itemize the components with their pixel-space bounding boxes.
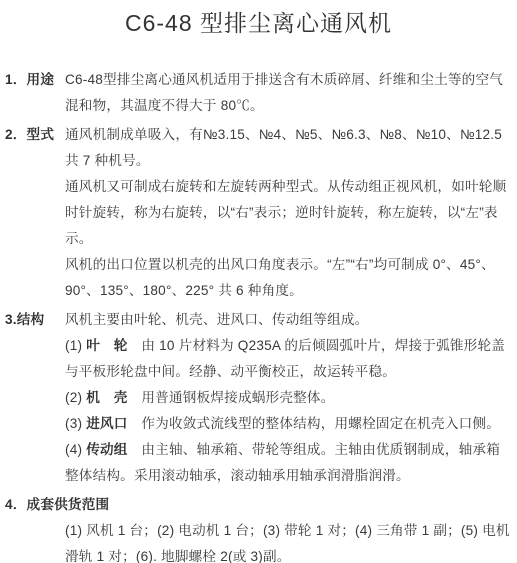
section-supply-heading: 4．成套供货范围 xyxy=(5,492,511,518)
item-prefix: (2) xyxy=(65,390,86,405)
structure-item-impeller: (1) 叶 轮 由 10 片材料为 Q235A 的后倾圆弧叶片，焊接于弧锥形轮盖… xyxy=(65,333,511,385)
structure-item-inlet: (3) 进风口 作为收敛式流线型的整体结构，用螺栓固定在机壳入口侧。 xyxy=(65,411,511,437)
section-usage-heading: 1．用途 xyxy=(5,67,65,93)
type-paragraph-rotation: 通风机又可制成右旋转和左旋转两种型式。从传动组正视风机，如叶轮顺时针旋转，称为右… xyxy=(65,174,511,252)
section-supply: 4．成套供货范围 (1) 风机 1 台；(2) 电动机 1 台；(3) 带轮 1… xyxy=(5,492,511,563)
section-usage: 1．用途 C6-48型排尘离心通风机适用于排送含有木质碎屑、纤维和尘土等的空气混… xyxy=(5,67,511,119)
item-prefix: (3) xyxy=(65,416,86,431)
item-text: 作为收敛式流线型的整体结构，用螺栓固定在机壳入口侧。 xyxy=(128,416,500,431)
section-supply-body: (1) 风机 1 台；(2) 电动机 1 台；(3) 带轮 1 对；(4) 三角… xyxy=(65,518,511,563)
item-name: 叶 轮 xyxy=(86,338,127,353)
item-text: 用普通钢板焊接成蜗形壳整体。 xyxy=(128,390,335,405)
structure-item-casing: (2) 机 壳 用普通钢板焊接成蜗形壳整体。 xyxy=(65,385,511,411)
item-prefix: (1) xyxy=(65,338,86,353)
section-structure-body: 风机主要由叶轮、机壳、进风口、传动组等组成。 (1) 叶 轮 由 10 片材料为… xyxy=(65,307,511,489)
item-text: 由主轴、轴承箱、带轮等组成。主轴由优质钢制成，轴承箱整体结构。采用滚动轴承，滚动… xyxy=(65,442,500,483)
section-type-heading: 2．型式 xyxy=(5,122,65,148)
document-content: 1．用途 C6-48型排尘离心通风机适用于排送含有木质碎屑、纤维和尘土等的空气混… xyxy=(0,67,517,563)
structure-intro: 风机主要由叶轮、机壳、进风口、传动组等组成。 xyxy=(65,307,511,333)
section-structure-heading: 3.结构 xyxy=(5,307,65,333)
section-usage-body: C6-48型排尘离心通风机适用于排送含有木质碎屑、纤维和尘土等的空气混和物，其温… xyxy=(65,67,511,119)
type-paragraph-angles: 风机的出口位置以机壳的出风口角度表示。“左”“右”均可制成 0°、45°、90°… xyxy=(65,252,511,304)
section-type-body: 通风机制成单吸入，有№3.15、№4、№5、№6.3、№8、№10、№12.5 … xyxy=(65,122,511,304)
item-name: 进风口 xyxy=(86,416,127,431)
section-structure: 3.结构 风机主要由叶轮、机壳、进风口、传动组等组成。 (1) 叶 轮 由 10… xyxy=(5,307,511,489)
item-name: 机 壳 xyxy=(86,390,127,405)
item-text: 由 10 片材料为 Q235A 的后倾圆弧叶片，焊接于弧锥形轮盖与平板形轮盘中间… xyxy=(65,338,505,379)
type-paragraph-models: 通风机制成单吸入，有№3.15、№4、№5、№6.3、№8、№10、№12.5 … xyxy=(65,122,511,174)
item-name: 传动组 xyxy=(86,442,127,457)
document-title: C6-48 型排尘离心通风机 xyxy=(0,5,517,38)
usage-paragraph: C6-48型排尘离心通风机适用于排送含有木质碎屑、纤维和尘土等的空气混和物，其温… xyxy=(65,67,511,119)
section-type: 2．型式 通风机制成单吸入，有№3.15、№4、№5、№6.3、№8、№10、№… xyxy=(5,122,511,304)
item-prefix: (4) xyxy=(65,442,86,457)
structure-item-drive-group: (4) 传动组 由主轴、轴承箱、带轮等组成。主轴由优质钢制成，轴承箱整体结构。采… xyxy=(65,437,511,489)
document-page: C6-48 型排尘离心通风机 1．用途 C6-48型排尘离心通风机适用于排送含有… xyxy=(0,0,517,563)
